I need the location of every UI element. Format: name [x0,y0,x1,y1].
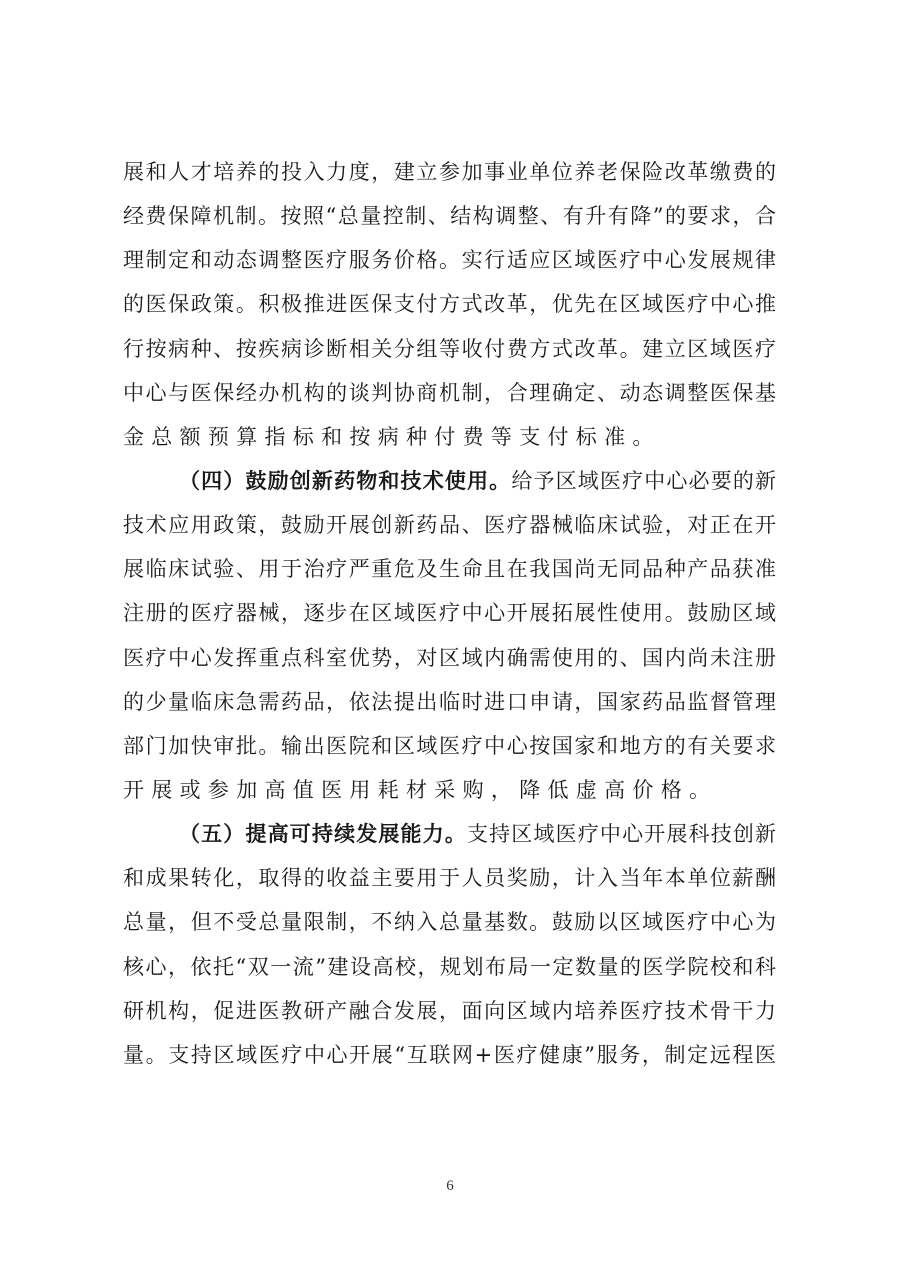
text-line: 中心与医保经办机构的谈判协商机制，合理确定、动态调整医保基 [123,371,776,415]
text-line: 注册的医疗器械，逐步在区域医疗中心开展拓展性使用。鼓励区域 [123,591,776,635]
document-page: 展和人才培养的投入力度，建立参加事业单位养老保险改革缴费的 经费保障机制。按照“… [0,0,900,1273]
text-line: 的医保政策。积极推进医保支付方式改革，优先在区域医疗中心推 [123,282,776,326]
text-line: 和成果转化，取得的收益主要用于人员奖励，计入当年本单位薪酬 [123,856,776,900]
text-line: 展临床试验、用于治疗严重危及生命且在我国尚无同品种产品获准 [123,547,776,591]
text-line: 行按病种、按疾病诊断相关分组等收付费方式改革。建立区域医疗 [123,327,776,371]
text-line: 展和人才培养的投入力度，建立参加事业单位养老保险改革缴费的 [123,150,776,194]
text-line: 技术应用政策，鼓励开展创新药品、医疗器械临床试验，对正在开 [123,503,776,547]
text-line: 总量，但不受总量限制，不纳入总量基数。鼓励以区域医疗中心为 [123,900,776,944]
body-text: 展和人才培养的投入力度，建立参加事业单位养老保险改革缴费的 经费保障机制。按照“… [123,150,776,1077]
section-4-heading: （四）鼓励创新药物和技术使用。 [179,468,511,493]
text-line: 理制定和动态调整医疗服务价格。实行适应区域医疗中心发展规律 [123,238,776,282]
text-line: 核心，依托“双一流”建设高校，规划布局一定数量的医学院校和科 [123,945,776,989]
section-4-first-line: （四）鼓励创新药物和技术使用。给予区域医疗中心必要的新 [123,459,776,503]
text-line: 量。支持区域医疗中心开展“互联网+医疗健康”服务，制定远程医 [123,1033,776,1077]
text-line: 研机构，促进医教研产融合发展，面向区域内培养医疗技术骨干力 [123,989,776,1033]
page-number: 6 [0,1178,900,1195]
text-line: 的少量临床急需药品，依法提出临时进口申请，国家药品监督管理 [123,680,776,724]
text-line: 金总额预算指标和按病种付费等支付标准。 [123,415,776,459]
text-line: 医疗中心发挥重点科室优势，对区域内确需使用的、国内尚未注册 [123,636,776,680]
section-5-first-line-text: 支持区域医疗中心开展科技创新 [467,822,776,846]
text-line: 经费保障机制。按照“总量控制、结构调整、有升有降”的要求，合 [123,194,776,238]
section-5-heading: （五）提高可持续发展能力。 [179,821,467,846]
text-line: 开展或参加高值医用耗材采购，降低虚高价格。 [123,768,776,812]
text-line: 部门加快审批。输出医院和区域医疗中心按国家和地方的有关要求 [123,724,776,768]
section-5-first-line: （五）提高可持续发展能力。支持区域医疗中心开展科技创新 [123,812,776,856]
section-4-first-line-text: 给予区域医疗中心必要的新 [511,469,776,493]
